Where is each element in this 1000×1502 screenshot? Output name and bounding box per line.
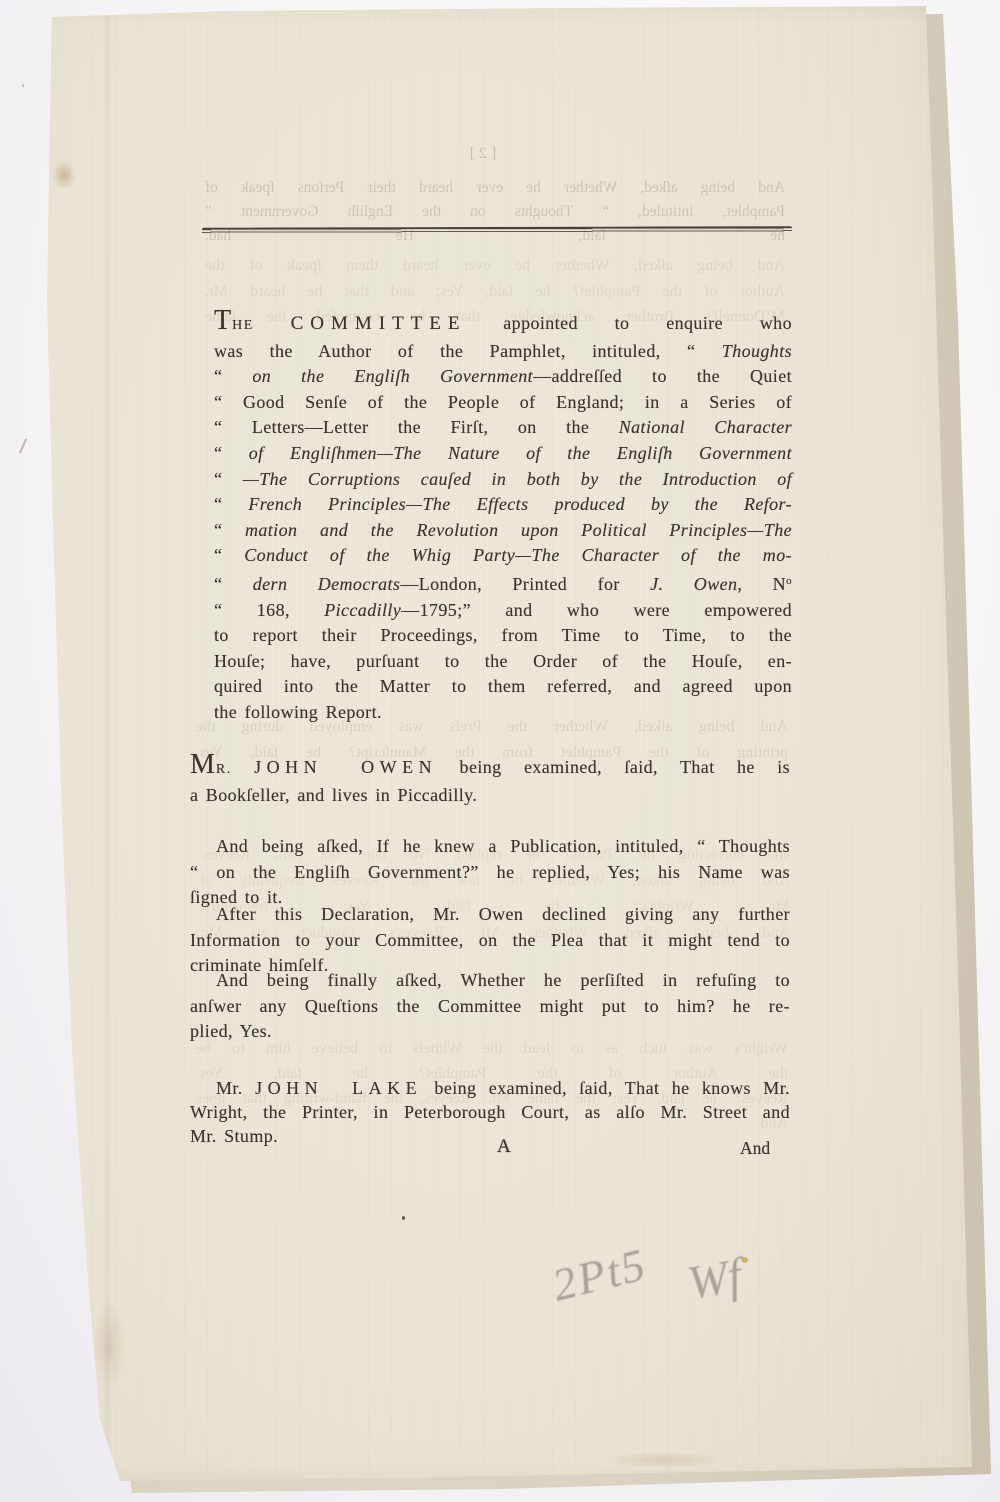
text-line: THE COMMITTEE appointed to enquire who [214,308,792,339]
showthrough-line: And being aſked, Whether he ever heard t… [205,253,785,279]
showthrough-line: Author of the Pamphlet? he ſaid, Yes; an… [205,279,785,305]
text-line: Information to your Committee, on the Pl… [190,928,790,954]
stain-speck [742,1257,748,1263]
text-line: “ 168, Piccadilly—1795;” and who were em… [214,598,792,624]
pencil-annotation: Wf [684,1248,746,1311]
text-line: “ Good Senſe of the People of England; i… [214,390,792,416]
text-line: was the Author of the Pamphlet, intitule… [214,339,792,365]
catchword: And [740,1138,770,1159]
foxing-spot [600,1452,730,1468]
owen-finally-asked-paragraph: And being finally aſked, Whether he perſ… [190,968,790,1045]
text-line: Mr. Stump. [190,1124,790,1148]
signature-mark: A [497,1136,511,1158]
owen-examination-paragraph: MR. JOHN OWEN being examined, ſaid, That… [190,752,790,808]
foxing-spot [52,160,76,190]
text-line: “ Conduct of the Whig Party—The Characte… [214,543,792,569]
text-line: a Bookſeller, and lives in Piccadilly. [190,783,790,809]
photograph-backdrop: [ 2 ] And being aſked, Whether he ever h… [0,0,1000,1502]
text-line: to report their Proceedings, from Time t… [214,623,792,649]
text-line: “ Letters—Letter the Firſt, on the Natio… [214,415,792,441]
dust-speck [22,84,24,87]
ink-speck [402,1216,405,1220]
text-line: Houſe; have, purſuant to the Order of th… [214,649,792,675]
text-line: “ of Engliſhmen—The Nature of the Engliſ… [214,441,792,467]
text-line: Mr. JOHN LAKE being examined, ſaid, That… [190,1076,790,1100]
text-line: “ on the Engliſh Government—addreſſed to… [214,364,792,390]
text-line: After this Declaration, Mr. Owen decline… [190,902,790,928]
owen-asked-paragraph: And being aſked, If he knew a Publicatio… [190,834,790,911]
text-line: “ mation and the Revolution upon Politic… [214,518,792,544]
text-line: Wright, the Printer, in Peterborough Cou… [190,1100,790,1124]
text-line: the following Report. [214,700,792,726]
text-line: quired into the Matter to them referred,… [214,674,792,700]
paper-fiber [19,438,27,453]
text-line: “ dern Democrats—London, Printed for J. … [214,569,792,598]
text-line: anſwer any Queſtions the Committee might… [190,994,790,1020]
text-line: MR. JOHN OWEN being examined, ſaid, That… [190,752,790,783]
text-line: “ on the Engliſh Government?” he replied… [190,860,790,886]
text-line: “ —The Corruptions cauſed in both by the… [214,467,792,493]
text-line: And being aſked, If he knew a Publicatio… [190,834,790,860]
foxing-spot [92,1300,126,1390]
lake-examination-paragraph: Mr. JOHN LAKE being examined, ſaid, That… [190,1076,790,1148]
foxing-spot [28,702,43,722]
text-line: And being finally aſked, Whether he perſ… [190,968,790,994]
showthrough-page-number: [ 2 ] [428,141,538,167]
showthrough-text-above-rule: And being aſked, Whether he ever heard t… [205,176,785,248]
pamphlet-page: [ 2 ] And being aſked, Whether he ever h… [0,0,1000,1502]
text-line: plied, Yes. [190,1019,790,1045]
showthrough-line: Pamphlet, intituled, “ Thoughts on the E… [205,200,785,224]
pencil-annotation: 2Pt5 [547,1237,652,1311]
text-line: “ French Principles—The Effects produced… [214,492,792,518]
showthrough-line: And being aſked, Whether he ever heard t… [205,176,785,200]
report-opening-paragraph: THE COMMITTEE appointed to enquire whowa… [214,308,792,726]
